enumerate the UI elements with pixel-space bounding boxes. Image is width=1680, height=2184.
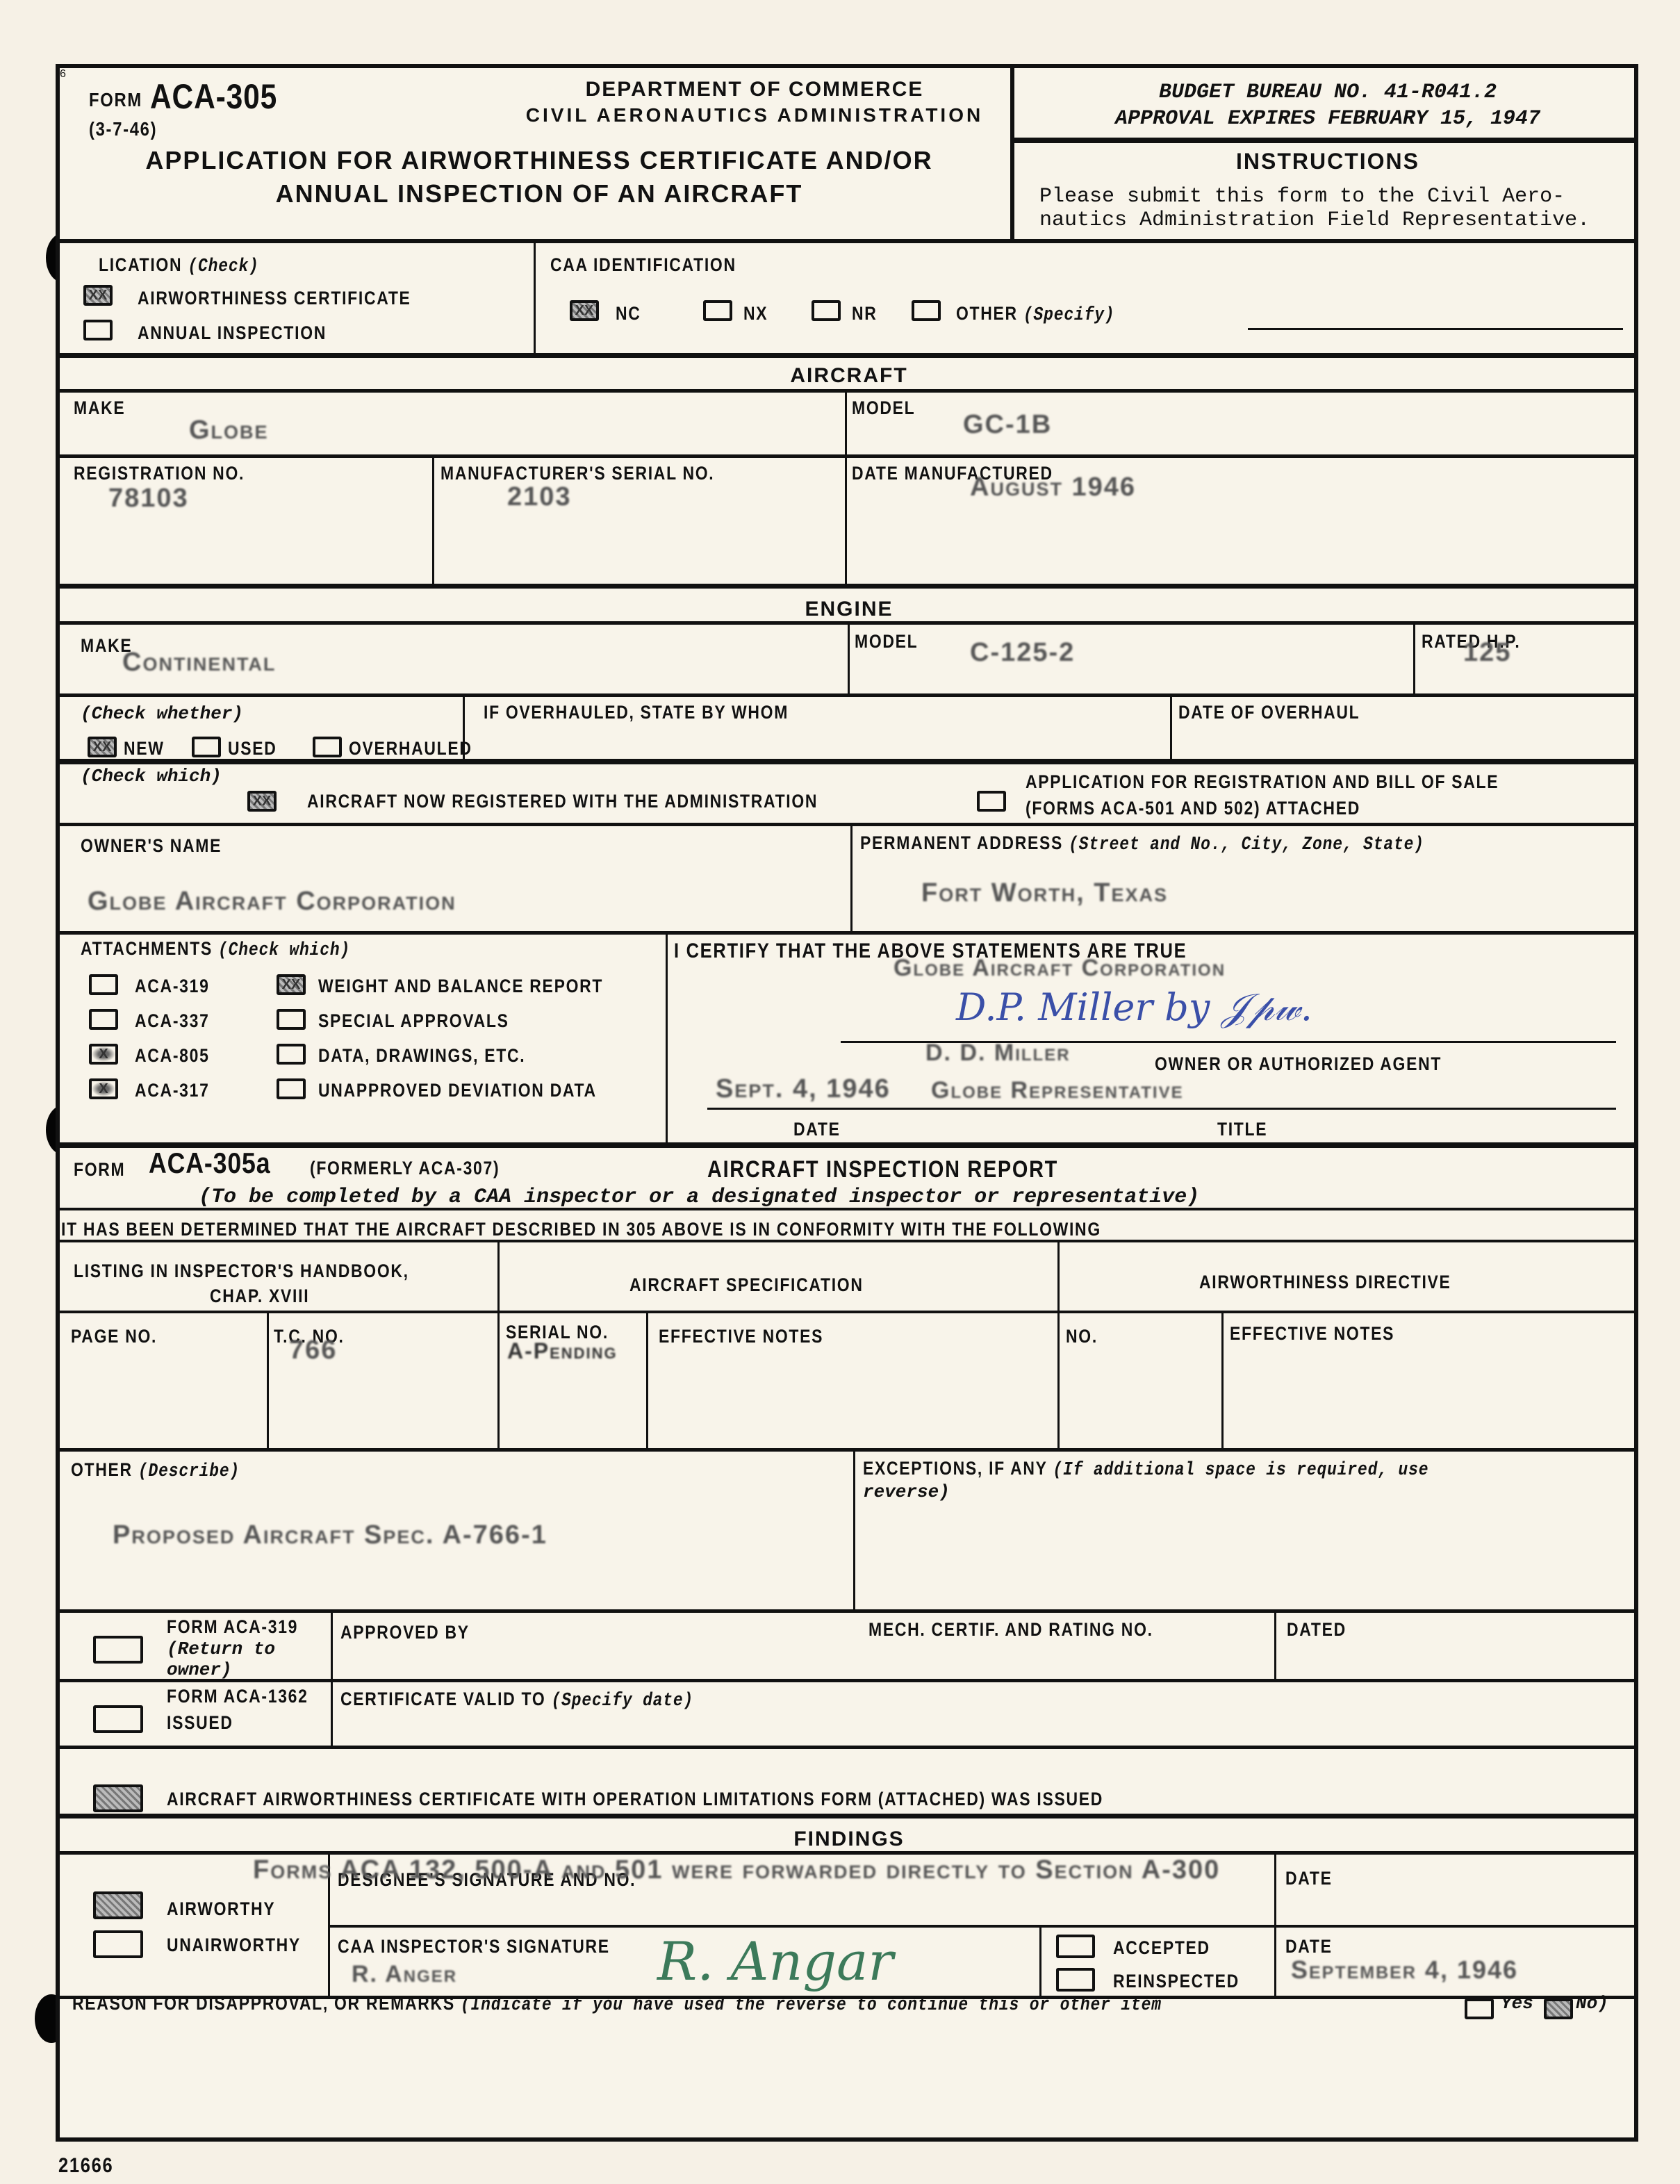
inspection-formerly: (FORMERLY ACA-307) (310, 1158, 500, 1179)
checkbox-aca-337[interactable] (89, 1009, 118, 1030)
checkbox-other[interactable] (912, 300, 941, 321)
aircraft-section-title: AIRCRAFT (60, 364, 1638, 388)
owner-name-label: OWNER'S NAME (81, 835, 222, 857)
other-value[interactable]: Proposed Aircraft Spec. A-766-1 (113, 1520, 547, 1550)
checkbox-aircraft-registered[interactable]: XX (247, 791, 277, 812)
attachment-special-approvals: SPECIAL APPROVALS (318, 1010, 509, 1032)
instructions-text-line2: nautics Administration Field Representat… (1039, 208, 1590, 232)
checkbox-reinspected[interactable] (1056, 1968, 1095, 1992)
form-revision-date: (3-7-46) (89, 118, 157, 140)
findings-section-title: FINDINGS (60, 1828, 1638, 1851)
aircraft-make-label: MAKE (74, 397, 125, 419)
spec-effective-notes-label: EFFECTIVE NOTES (659, 1326, 823, 1347)
budget-bureau-number: BUDGET BUREAU NO. 41-R041.2 (1019, 81, 1637, 104)
document-number: 21666 (58, 2154, 113, 2178)
form-aca-1362-label: FORM ACA-1362 (167, 1686, 308, 1707)
form-aca-319-label: FORM ACA-319 (167, 1616, 298, 1638)
option-engine-new: NEW (124, 738, 165, 760)
option-registration-application-line2: (FORMS ACA-501 AND 502) ATTACHED (1026, 798, 1360, 819)
checkbox-unapproved-deviation[interactable] (277, 1078, 306, 1099)
caa-identification-label: CAA IDENTIFICATION (550, 254, 736, 276)
remarks-text-line1[interactable]: Forms ACA 132, 500-A and 501 were forwar… (253, 1855, 1220, 1885)
agency: CIVIL AERONAUTICS ADMINISTRATION (511, 104, 998, 126)
checkbox-unairworthy[interactable] (93, 1930, 143, 1958)
certification-company: Globe Aircraft Corporation (893, 955, 1226, 982)
signer-name: D. D. Miller (925, 1040, 1071, 1067)
aircraft-form: FORM ACA-305 (3-7-46) DEPARTMENT OF COMM… (56, 64, 1638, 2142)
option-other: OTHER (Specify) (956, 303, 1115, 326)
engine-model-label: MODEL (855, 631, 918, 652)
inspection-report-subtitle: (To be completed by a CAA inspector or a… (199, 1185, 1199, 1209)
mech-certif-label: MECH. CERTIF. AND RATING NO. (868, 1619, 1153, 1641)
signer-label: OWNER OR AUTHORIZED AGENT (1155, 1053, 1442, 1075)
manufacturer-serial-value[interactable]: 2103 (507, 482, 572, 512)
date-manufactured-value[interactable]: August 1946 (970, 473, 1136, 502)
checkbox-engine-new[interactable]: XX (88, 737, 117, 757)
checkbox-remarks-yes[interactable] (1465, 1998, 1494, 2019)
engine-make-value[interactable]: Continental (122, 648, 276, 678)
checkbox-remarks-no[interactable] (1544, 1998, 1573, 2019)
inspection-form-number: ACA-305a (149, 1147, 270, 1180)
certification-date-value[interactable]: Sept. 4, 1946 (716, 1074, 891, 1104)
approval-expires: APPROVAL EXPIRES FEBRUARY 15, 1947 (1019, 107, 1637, 131)
check-whether-label: (Check whether) (81, 703, 243, 724)
certificate-issued-label: AIRCRAFT AIRWORTHINESS CERTIFICATE WITH … (167, 1789, 1103, 1810)
directive-effective-notes-label: EFFECTIVE NOTES (1230, 1323, 1394, 1345)
registration-number-label: REGISTRATION NO. (74, 463, 245, 484)
engine-section-title: ENGINE (60, 598, 1638, 621)
attachment-aca-337: ACA-337 (135, 1010, 210, 1032)
form-title-line2: ANNUAL INSPECTION OF AN AIRCRAFT (143, 179, 935, 208)
rated-hp-value[interactable]: 125 (1463, 638, 1511, 668)
listing-label-line2: CHAP. XVIII (210, 1286, 309, 1307)
check-which-label: (Check which) (81, 766, 222, 787)
attachment-aca-319: ACA-319 (135, 976, 210, 997)
serial-no-value[interactable]: A-Pending (507, 1338, 618, 1364)
overhauled-by-label: IF OVERHAULED, STATE BY WHOM (484, 702, 789, 723)
approved-by-label: APPROVED BY (340, 1622, 470, 1643)
checkbox-aca-805[interactable]: X (89, 1044, 118, 1065)
page-no-label: PAGE NO. (71, 1326, 157, 1347)
checkbox-airworthy[interactable] (93, 1891, 143, 1919)
attachment-unapproved-deviation: UNAPPROVED DEVIATION DATA (318, 1080, 597, 1101)
certificate-valid-to-label: CERTIFICATE VALID TO (Specify date) (340, 1689, 693, 1711)
option-engine-used: USED (228, 738, 277, 760)
aircraft-model-label: MODEL (852, 397, 915, 419)
application-label: LICATION (Check) (99, 254, 259, 277)
form-number: ACA-305 (150, 76, 277, 117)
aircraft-specification-label: AIRCRAFT SPECIFICATION (629, 1274, 864, 1296)
directive-no-label: NO. (1066, 1326, 1098, 1347)
option-engine-overhauled: OVERHAULED (349, 738, 472, 760)
attachment-data-drawings: DATA, DRAWINGS, ETC. (318, 1045, 525, 1067)
form-aca-1362-issued: ISSUED (167, 1712, 233, 1734)
manufacturer-serial-label: MANUFACTURER'S SERIAL NO. (440, 463, 714, 484)
inspector-signature-label: CAA INSPECTOR'S SIGNATURE (338, 1936, 610, 1957)
accepted-label: ACCEPTED (1113, 1937, 1210, 1959)
exceptions-label: EXCEPTIONS, IF ANY (If additional space … (863, 1458, 1428, 1481)
owner-signature[interactable]: D.P. Miller by 𝒥𝓅𝓌. (956, 985, 1312, 1030)
remarks-yes-label: Yes (1501, 1993, 1533, 2014)
designee-date-label: DATE (1285, 1868, 1333, 1889)
date-label: DATE (793, 1119, 841, 1140)
checkbox-engine-overhauled[interactable] (313, 737, 342, 757)
form-prefix: FORM (89, 89, 142, 111)
checkbox-special-approvals[interactable] (277, 1009, 306, 1030)
registration-number-value[interactable]: 78103 (108, 484, 189, 514)
airworthy-label: AIRWORTHY (167, 1898, 275, 1920)
option-nc: NC (616, 303, 641, 325)
checkbox-form-aca-319[interactable] (93, 1636, 143, 1664)
attachment-aca-317: ACA-317 (135, 1080, 210, 1101)
inspector-signature[interactable]: R. Angar (657, 1930, 893, 1992)
instructions-text-line1: Please submit this form to the Civil Aer… (1039, 185, 1565, 208)
remarks-no-label: No) (1576, 1993, 1608, 2014)
owner-name-value[interactable]: Globe Aircraft Corporation (88, 887, 456, 917)
dated-label: DATED (1287, 1619, 1347, 1641)
unairworthy-label: UNAIRWORTHY (167, 1935, 301, 1956)
remarks-label: REASON FOR DISAPPROVAL, OR REMARKS (Indi… (72, 1993, 1162, 2016)
certification-title-value[interactable]: Globe Representative (931, 1077, 1184, 1104)
tc-no-value[interactable]: 766 (289, 1336, 337, 1365)
checkbox-aca-319[interactable] (89, 974, 118, 995)
inspector-date-label: DATE (1285, 1936, 1333, 1957)
aircraft-model-value[interactable]: GC-1B (963, 410, 1052, 440)
checkbox-weight-balance-report[interactable]: XX (277, 974, 306, 995)
attachment-aca-805: ACA-805 (135, 1045, 210, 1067)
checkbox-data-drawings[interactable] (277, 1044, 306, 1065)
listing-label-line1: LISTING IN INSPECTOR'S HANDBOOK, (74, 1261, 409, 1282)
checkbox-annual-inspection[interactable] (83, 320, 113, 340)
checkbox-nc[interactable]: XX (570, 300, 599, 321)
engine-model-value[interactable]: C-125-2 (970, 638, 1075, 668)
department: DEPARTMENT OF COMMERCE (546, 78, 963, 101)
exceptions-hint-line2: reverse) (863, 1481, 950, 1502)
instructions-title: INSTRUCTIONS (1019, 149, 1637, 174)
inspector-date-value[interactable]: September 4, 1946 (1291, 1955, 1518, 1985)
option-registration-application-line1: APPLICATION FOR REGISTRATION AND BILL OF… (1026, 771, 1499, 793)
checkbox-airworthiness-certificate[interactable]: XX (83, 285, 113, 306)
option-annual-inspection: ANNUAL INSPECTION (138, 322, 327, 344)
attachment-weight-balance-report: WEIGHT AND BALANCE REPORT (318, 976, 603, 997)
checkbox-registration-application[interactable] (977, 791, 1006, 812)
form-title-line1: APPLICATION FOR AIRWORTHINESS CERTIFICAT… (143, 146, 935, 175)
other-label: OTHER (Describe) (71, 1459, 240, 1482)
checkbox-aca-317[interactable]: X (89, 1078, 118, 1099)
form-aca-319-note-line2: owner) (167, 1659, 232, 1680)
option-aircraft-registered: AIRCRAFT NOW REGISTERED WITH THE ADMINIS… (307, 791, 818, 812)
form-aca-319-note-line1: (Return to (167, 1639, 275, 1659)
conformity-statement: IT HAS BEEN DETERMINED THAT THE AIRCRAFT… (61, 1219, 1101, 1240)
option-airworthiness-certificate: AIRWORTHINESS CERTIFICATE (138, 288, 411, 309)
reinspected-label: REINSPECTED (1113, 1971, 1240, 1992)
checkbox-form-aca-1362[interactable] (93, 1705, 143, 1733)
overhaul-date-label: DATE OF OVERHAUL (1178, 702, 1360, 723)
inspector-typed-name: R. Anger (352, 1961, 457, 1988)
title-label: TITLE (1217, 1119, 1267, 1140)
checkbox-certificate-issued[interactable] (93, 1784, 143, 1812)
option-nx: NX (743, 303, 768, 325)
checkbox-engine-used[interactable] (192, 737, 221, 757)
checkbox-accepted[interactable] (1056, 1935, 1095, 1958)
other-specify-field[interactable] (1248, 328, 1623, 330)
checkbox-nx[interactable] (703, 300, 732, 321)
airworthiness-directive-label: AIRWORTHINESS DIRECTIVE (1199, 1272, 1451, 1293)
attachments-label: ATTACHMENTS (Check which) (81, 938, 350, 961)
inspection-form-prefix: FORM (74, 1159, 125, 1181)
inspection-report-title: AIRCRAFT INSPECTION REPORT (707, 1156, 1058, 1183)
checkbox-nr[interactable] (812, 300, 841, 321)
option-nr: NR (852, 303, 878, 325)
permanent-address-value[interactable]: Fort Worth, Texas (921, 878, 1168, 908)
aircraft-make-value[interactable]: Globe (189, 416, 269, 445)
permanent-address-label: PERMANENT ADDRESS (Street and No., City,… (860, 832, 1424, 855)
